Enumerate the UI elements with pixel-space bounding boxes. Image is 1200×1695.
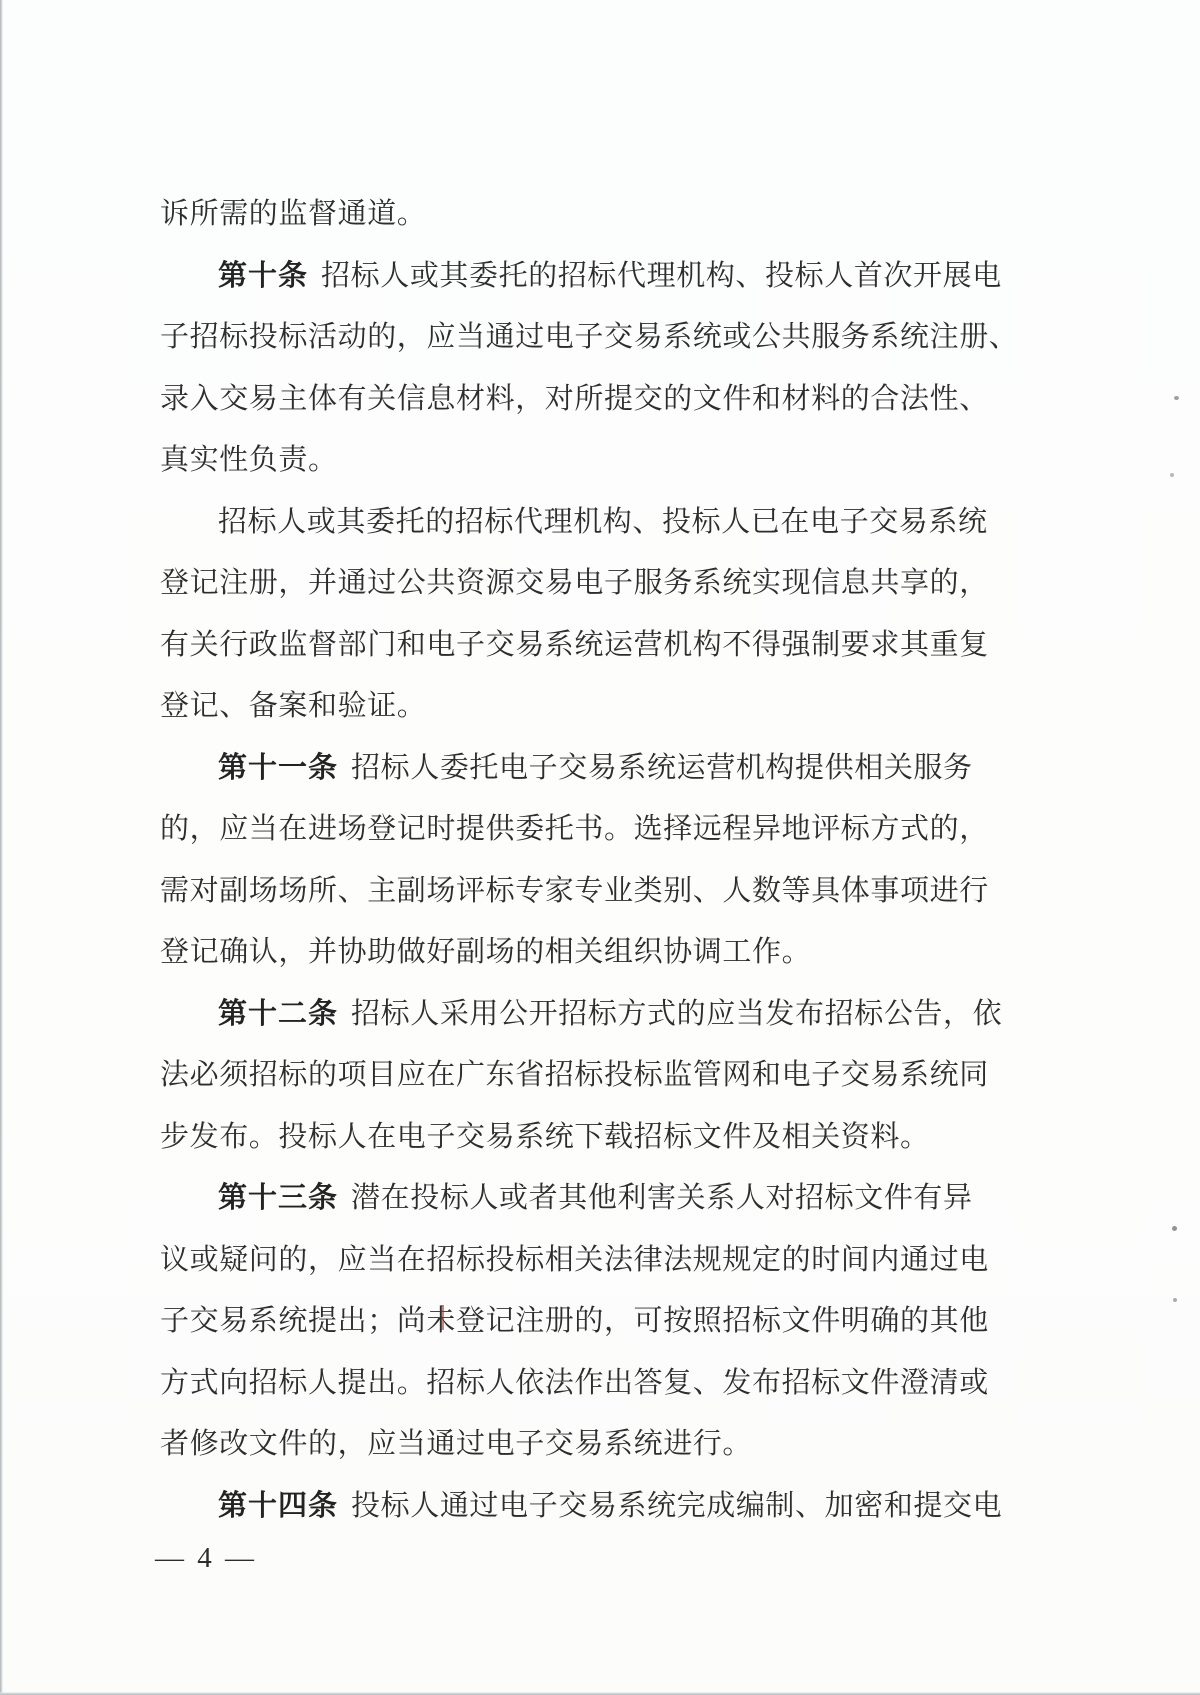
line-text: 需对副场场所、主副场评标专家专业类别、人数等具体事项进行: [160, 875, 989, 907]
paragraph-line: 第十四条投标人通过电子交易系统完成编制、加密和提交电: [160, 1476, 1018, 1538]
line-text: 法必须招标的项目应在广东省招标投标监管网和电子交易系统同: [160, 1059, 989, 1091]
line-text: 议或疑问的，应当在招标投标相关法律法规规定的时间内通过电: [160, 1244, 989, 1276]
paragraph-line: 真实性负责。: [160, 430, 1018, 492]
article-number: 第十四条: [218, 1490, 338, 1522]
line-text: 子交易系统提出；尚未登记注册的，可按照招标文件明确的其他: [160, 1305, 989, 1337]
paragraph-line: 法必须招标的项目应在广东省招标投标监管网和电子交易系统同: [160, 1045, 1018, 1107]
paragraph-line: 诉所需的监督通道。: [160, 184, 1018, 246]
line-text: 者修改文件的，应当通过电子交易系统进行。: [160, 1428, 752, 1460]
paragraph-line: 的，应当在进场登记时提供委托书。选择远程异地评标方式的，: [160, 799, 1018, 861]
line-text: 招标人采用公开招标方式的应当发布招标公告，依: [351, 998, 1002, 1030]
paragraph-line: 录入交易主体有关信息材料，对所提交的文件和材料的合法性、: [160, 369, 1018, 431]
line-text: 方式向招标人提出。招标人依法作出答复、发布招标文件澄清或: [160, 1367, 989, 1399]
paragraph-line: 子招标投标活动的，应当通过电子交易系统或公共服务系统注册、: [160, 307, 1018, 369]
article-number: 第十三条: [218, 1182, 338, 1214]
line-text: 的，应当在进场登记时提供委托书。选择远程异地评标方式的，: [160, 813, 989, 845]
line-text: 招标人委托电子交易系统运营机构提供相关服务: [351, 752, 973, 784]
red-pen-mark: [441, 1305, 444, 1330]
page-number: — 4 —: [155, 1543, 257, 1573]
scan-edge-left: [0, 0, 3, 1695]
paragraph-line: 登记确认，并协助做好副场的相关组织协调工作。: [160, 922, 1018, 984]
scan-speck: [1172, 1226, 1177, 1231]
line-text: 登记、备案和验证。: [160, 690, 426, 722]
line-text: 有关行政监督部门和电子交易系统运营机构不得强制要求其重复: [160, 629, 989, 661]
line-text: 招标人或其委托的招标代理机构、投标人首次开展电: [321, 260, 1002, 292]
paragraph-line: 登记、备案和验证。: [160, 676, 1018, 738]
line-text: 投标人通过电子交易系统完成编制、加密和提交电: [351, 1490, 1002, 1522]
line-text: 真实性负责。: [160, 444, 338, 476]
line-text: 步发布。投标人在电子交易系统下载招标文件及相关资料。: [160, 1121, 930, 1153]
paragraph-line: 有关行政监督部门和电子交易系统运营机构不得强制要求其重复: [160, 615, 1018, 677]
line-text: 招标人或其委托的招标代理机构、投标人已在电子交易系统: [218, 506, 988, 538]
paragraph-line: 第十三条潜在投标人或者其他利害关系人对招标文件有异: [160, 1168, 1018, 1230]
line-text: 潜在投标人或者其他利害关系人对招标文件有异: [351, 1182, 973, 1214]
article-number: 第十二条: [218, 998, 338, 1030]
scanned-document-page: 诉所需的监督通道。 第十条招标人或其委托的招标代理机构、投标人首次开展电 子招标…: [0, 0, 1200, 1695]
paragraph-line: 需对副场场所、主副场评标专家专业类别、人数等具体事项进行: [160, 861, 1018, 923]
paragraph-line: 第十一条招标人委托电子交易系统运营机构提供相关服务: [160, 738, 1018, 800]
paragraph-line: 第十条招标人或其委托的招标代理机构、投标人首次开展电: [160, 246, 1018, 308]
scan-speck: [1170, 473, 1174, 477]
paragraph-line: 者修改文件的，应当通过电子交易系统进行。: [160, 1414, 1018, 1476]
paragraph-line: 方式向招标人提出。招标人依法作出答复、发布招标文件澄清或: [160, 1353, 1018, 1415]
scan-speck: [1174, 396, 1179, 400]
article-number: 第十条: [218, 260, 308, 292]
paragraph-line: 第十二条招标人采用公开招标方式的应当发布招标公告，依: [160, 984, 1018, 1046]
paragraph-line: 议或疑问的，应当在招标投标相关法律法规规定的时间内通过电: [160, 1230, 1018, 1292]
paragraph-line: 子交易系统提出；尚未登记注册的，可按照招标文件明确的其他: [160, 1291, 1018, 1353]
article-number: 第十一条: [218, 752, 338, 784]
paragraph-line: 登记注册，并通过公共资源交易电子服务系统实现信息共享的，: [160, 553, 1018, 615]
document-body: 诉所需的监督通道。 第十条招标人或其委托的招标代理机构、投标人首次开展电 子招标…: [160, 184, 1018, 1537]
line-text: 登记确认，并协助做好副场的相关组织协调工作。: [160, 936, 811, 968]
line-text: 子招标投标活动的，应当通过电子交易系统或公共服务系统注册、: [160, 321, 1018, 353]
paragraph-line: 招标人或其委托的招标代理机构、投标人已在电子交易系统: [160, 492, 1018, 554]
line-text: 登记注册，并通过公共资源交易电子服务系统实现信息共享的，: [160, 567, 989, 599]
scan-speck: [1173, 1298, 1177, 1302]
line-text: 录入交易主体有关信息材料，对所提交的文件和材料的合法性、: [160, 383, 989, 415]
paragraph-line: 步发布。投标人在电子交易系统下载招标文件及相关资料。: [160, 1107, 1018, 1169]
line-text: 诉所需的监督通道。: [160, 198, 426, 230]
